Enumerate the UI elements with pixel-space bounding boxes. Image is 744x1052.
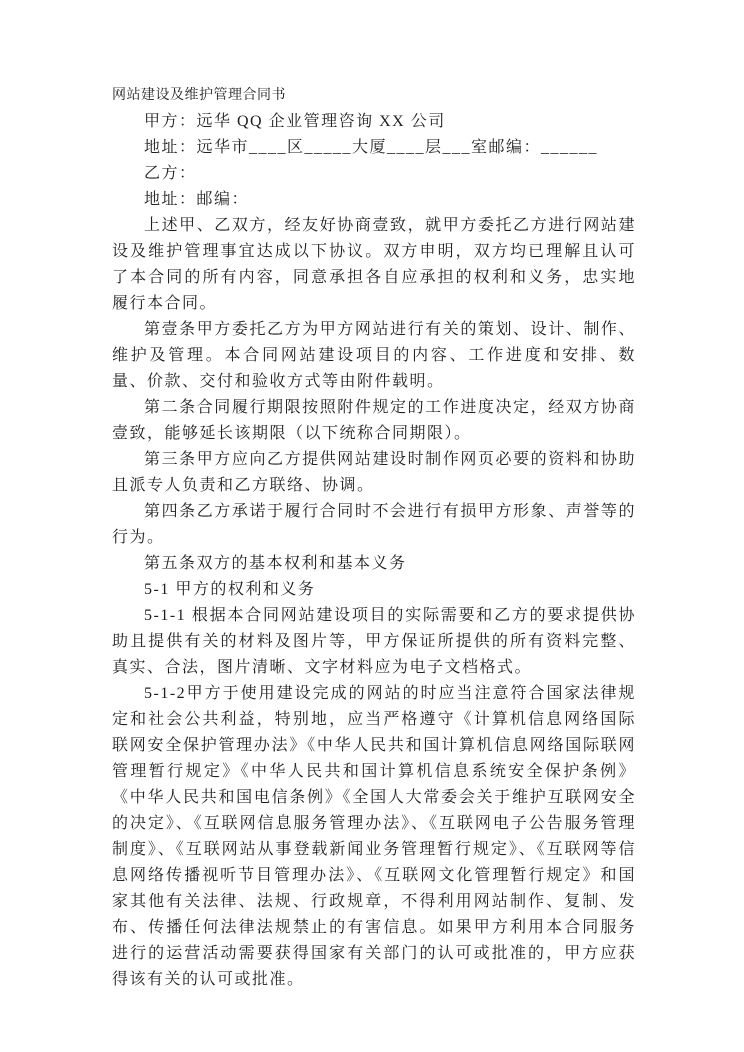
- party-a-line: 甲方：远华 QQ 企业管理咨询 XX 公司: [112, 109, 636, 135]
- clause-4-paragraph: 第四条乙方承诺于履行合同时不会进行有损甲方形象、声誉等的行为。: [112, 499, 636, 551]
- preamble-paragraph: 上述甲、乙双方，经友好协商壹致，就甲方委托乙方进行网站建设及维护管理事宜达成以下…: [112, 213, 636, 317]
- clause-5-1-2-paragraph: 5-1-2甲方于使用建设完成的网站的时应当注意符合国家法律规定和社会公共利益，特…: [112, 681, 636, 993]
- party-b-address-line: 地址：邮编：: [112, 187, 636, 213]
- clause-5-1-1-paragraph: 5-1-1 根据本合同网站建设项目的实际需要和乙方的要求提供协助且提供有关的材料…: [112, 603, 636, 681]
- clause-1-paragraph: 第壹条甲方委托乙方为甲方网站进行有关的策划、设计、制作、维护及管理。本合同网站建…: [112, 317, 636, 395]
- party-a-address-line: 地址：远华市____区_____大厦____层___室邮编：______: [112, 135, 636, 161]
- clause-2-paragraph: 第二条合同履行期限按照附件规定的工作进度决定，经双方协商壹致，能够延长该期限（以…: [112, 395, 636, 447]
- party-b-line: 乙方：: [112, 161, 636, 187]
- clause-5-1-heading: 5-1 甲方的权利和义务: [112, 577, 636, 603]
- clause-5-heading: 第五条双方的基本权利和基本义务: [112, 551, 636, 577]
- document-page: 网站建设及维护管理合同书 甲方：远华 QQ 企业管理咨询 XX 公司 地址：远华…: [0, 0, 744, 1052]
- clause-3-paragraph: 第三条甲方应向乙方提供网站建设时制作网页必要的资料和协助且派专人负责和乙方联络、…: [112, 447, 636, 499]
- document-title: 网站建设及维护管理合同书: [112, 84, 636, 104]
